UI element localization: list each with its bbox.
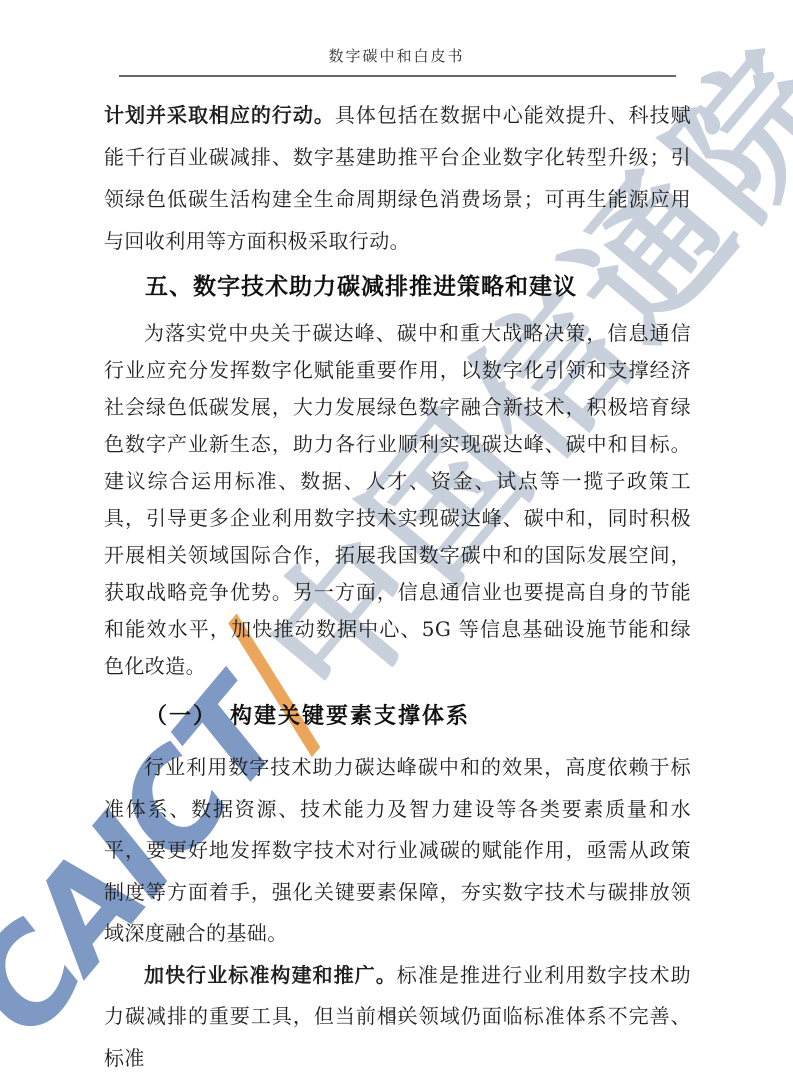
subsection-heading: （一） 构建关键要素支撑体系 — [145, 702, 691, 730]
page-number: 51 — [388, 1009, 406, 1025]
document-title: 数字碳中和白皮书 — [0, 0, 793, 66]
page-footer: 51 — [0, 1009, 793, 1025]
document-page: CAICT 中国信通院 数字碳中和白皮书 计划并采取相应的行动。具体包括在数据中… — [0, 0, 793, 1077]
section-heading: 五、数字技术助力碳减排推进策略和建议 — [145, 272, 691, 302]
header-rule — [119, 75, 676, 77]
page-header: 数字碳中和白皮书 — [0, 0, 793, 77]
paragraph-continued: 计划并采取相应的行动。具体包括在数据中心能效提升、科技赋能千行百业碳减排、数字基… — [104, 94, 691, 262]
page-body: 计划并采取相应的行动。具体包括在数据中心能效提升、科技赋能千行百业碳减排、数字基… — [104, 94, 691, 1077]
paragraph-bold-lead: 计划并采取相应的行动。 — [104, 103, 335, 127]
paragraph-key-elements: 行业利用数字技术助力碳达峰碳中和的效果，高度依赖于标准体系、数据资源、技术能力及… — [104, 747, 691, 955]
paragraph-strategy-overview: 为落实党中央关于碳达峰、碳中和重大战略决策，信息通信行业应充分发挥数字化赋能重要… — [104, 315, 691, 685]
paragraph-bold-lead: 加快行业标准构建和推广。 — [144, 963, 397, 987]
